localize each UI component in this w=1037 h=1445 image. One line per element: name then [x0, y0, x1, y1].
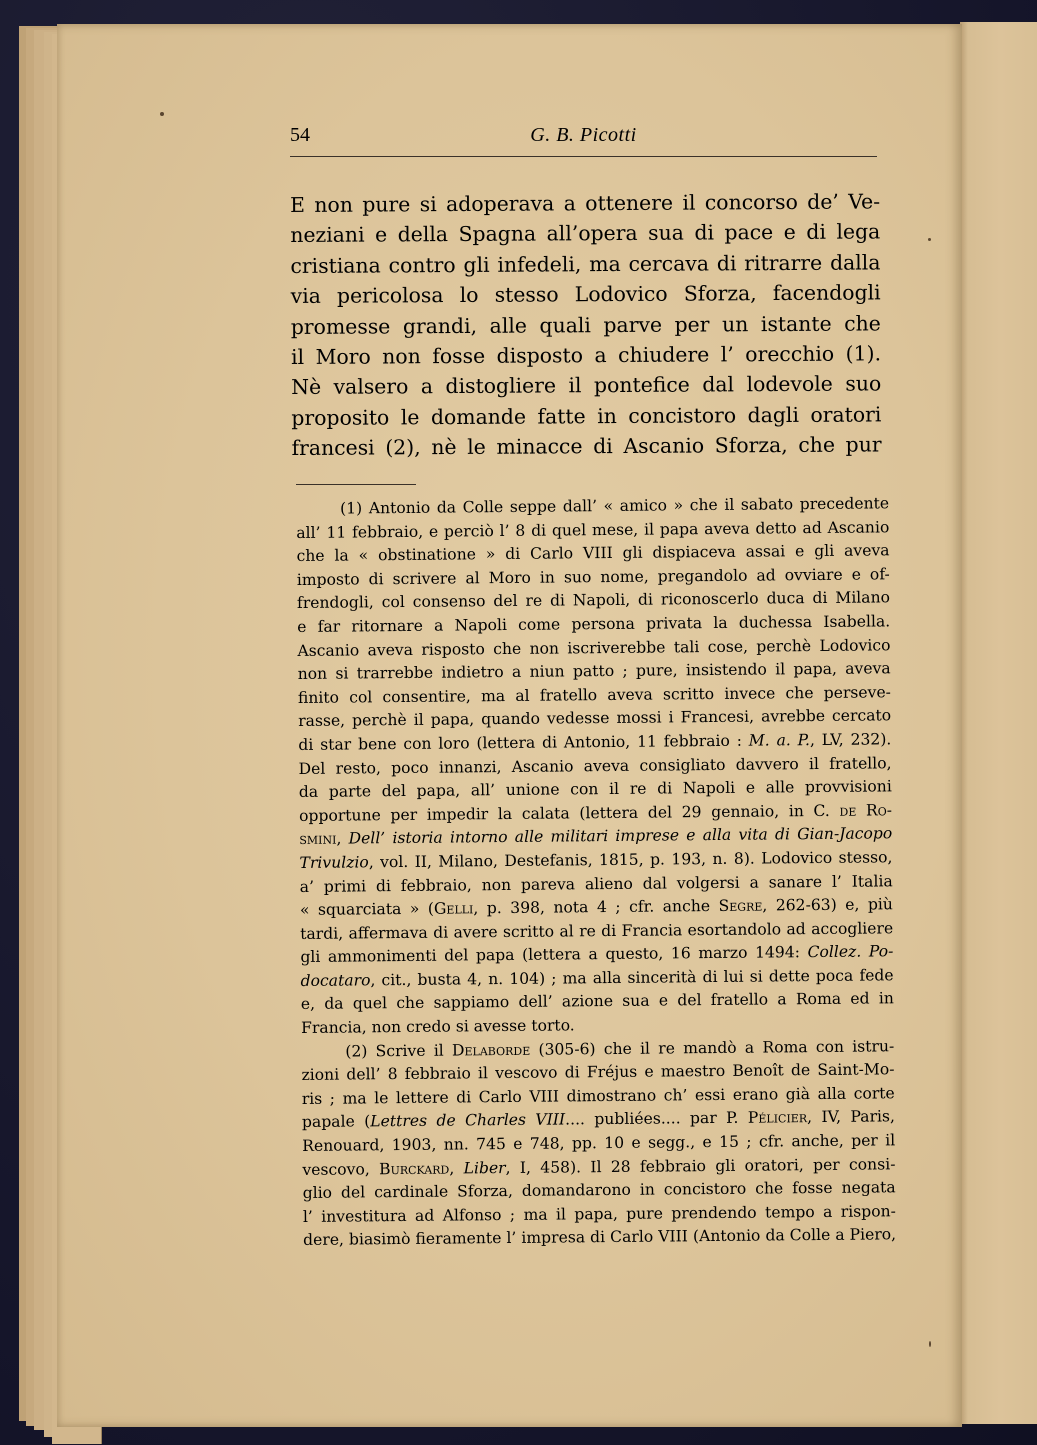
italic-title: Collez. Po-	[807, 943, 893, 962]
text-segment: di star bene con loro (lettera di Antoni…	[298, 732, 749, 754]
text-segment: , vol. II, Milano, Destefanis, 1815, p. …	[369, 848, 893, 871]
text-segment: , IV, Paris,	[807, 1108, 895, 1127]
text-segment: , cit., busta 4, n. 104) ; ma alla since…	[370, 966, 893, 989]
paper-speck	[929, 1341, 931, 1347]
text-line: Nè valsero a distogliere il pontefice da…	[291, 369, 881, 403]
italic-title: Lettres de Charles VIII	[370, 1111, 565, 1131]
text-line: francesi (2), nè le minacce di Ascanio S…	[291, 430, 881, 464]
text-line: il Moro non fosse disposto a chiudere l’…	[291, 338, 881, 372]
text-segment: , LV, 232).	[810, 730, 892, 749]
author-name: Segre	[718, 897, 762, 915]
italic-title: Liber	[463, 1159, 505, 1177]
author-name: Gelli	[434, 899, 474, 917]
text-segment: (305-6) che il re mandò a Roma con istru…	[530, 1037, 894, 1058]
author-name: Burckard	[379, 1159, 449, 1178]
footnote-rule	[296, 484, 416, 485]
author-name: smini	[299, 830, 336, 848]
footnotes: (1) Antonio da Colle seppe dall’ « amico…	[296, 492, 896, 1253]
text-segment: papale (	[302, 1113, 370, 1132]
author-name: Pélicier	[748, 1109, 807, 1128]
text-segment: , p. 398, nota 4 ; cfr. anche	[473, 897, 718, 917]
author-name: Delaborde	[452, 1040, 530, 1059]
scanned-book-spread: 54 G. B. Picotti E non pure si adoperava…	[0, 0, 1037, 1445]
italic-title: docataro	[301, 971, 371, 990]
text-line: cristiana contro gli infedeli, ma cercav…	[290, 247, 880, 281]
italic-title: Trivulzio	[299, 853, 368, 872]
text-segment: (2) Scrive il	[345, 1041, 452, 1060]
facing-page-edge	[960, 22, 1037, 1424]
page-header: 54 G. B. Picotti	[290, 122, 877, 157]
text-segment: « squarciata » (	[300, 900, 434, 919]
text-segment: ,	[449, 1159, 463, 1177]
paper-speck	[928, 238, 931, 241]
text-segment: opportune per impedir la calata (lettera…	[299, 802, 840, 825]
main-text: E non pure si adoperava a ottenere il co…	[290, 186, 882, 463]
text-line: proposito le domande fatte in concistoro…	[291, 399, 881, 433]
text-line: promesse grandi, alle quali parve per un…	[291, 308, 881, 342]
text-segment: ,	[336, 830, 348, 848]
text-segment: , I, 458). Il 28 febbraio gli oratori, p…	[506, 1155, 896, 1177]
italic-citation: M. a. P.	[749, 731, 810, 750]
text-line: E non pure si adoperava a ottenere il co…	[290, 186, 880, 220]
running-head: G. B. Picotti	[290, 124, 877, 147]
author-name: de Ro-	[839, 801, 892, 820]
italic-title: Dell’ istoria intorno alle militari impr…	[348, 825, 892, 848]
text-line: via pericolosa lo stesso Lodovico Sforza…	[291, 278, 881, 312]
paper-speck	[160, 112, 164, 116]
text-segment: , 262-63) e, più	[762, 895, 893, 914]
text-segment: gli ammonimenti del papa (lettera a ques…	[300, 943, 807, 966]
text-line: neziani e della Spagna all’opera sua di …	[290, 217, 880, 251]
text-segment: .... publiées.... par P.	[565, 1109, 748, 1129]
text-segment: vescovo,	[302, 1160, 379, 1179]
